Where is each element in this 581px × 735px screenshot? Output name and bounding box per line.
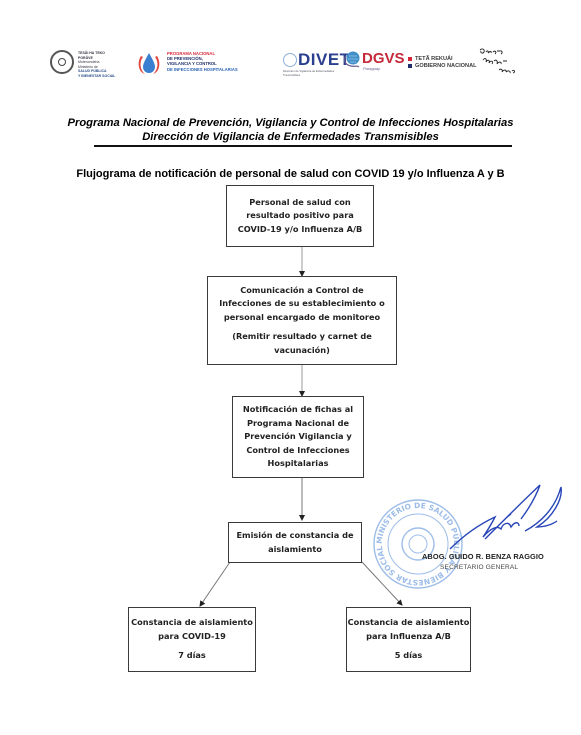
arrow-step4-to-covid xyxy=(200,562,230,606)
flow-step-text: Hospitalarias xyxy=(267,457,328,471)
flow-outcome-text: Constancia de aislamiento xyxy=(348,616,470,630)
flow-outcome-duration: 5 días xyxy=(395,649,423,663)
flow-step-communication: Comunicación a Control de Infecciones de… xyxy=(207,276,397,365)
signatory-title: SECRETARIO GENERAL xyxy=(440,564,518,571)
flow-step-text: resultado positivo para xyxy=(246,209,354,223)
flow-step-text: aislamiento xyxy=(268,543,322,557)
flow-step-positive-result: Personal de salud con resultado positivo… xyxy=(226,185,374,247)
flow-step-text: Comunicación a Control de xyxy=(240,284,363,298)
flow-step-text: COVID-19 y/o Influenza A/B xyxy=(238,223,362,237)
flow-step-text: Emisión de constancia de xyxy=(236,529,353,543)
handwritten-signature xyxy=(445,479,565,554)
flow-step-note: vacunación) xyxy=(274,344,330,358)
flow-outcome-covid: Constancia de aislamiento para COVID-19 … xyxy=(128,607,256,672)
flow-outcome-text: Constancia de aislamiento xyxy=(131,616,253,630)
flow-outcome-duration: 7 días xyxy=(178,649,206,663)
flow-step-text: Programa Nacional de xyxy=(247,417,349,431)
flow-step-text: Infecciones de su establecimiento o xyxy=(219,297,385,311)
flow-step-text: personal encargado de monitoreo xyxy=(224,311,380,325)
flow-outcome-text: para COVID-19 xyxy=(158,630,226,644)
flowchart-connectors xyxy=(0,0,581,735)
flow-step-text: Control de Infecciones xyxy=(246,444,349,458)
flow-step-notification: Notificación de fichas al Programa Nacio… xyxy=(232,396,364,478)
flow-step-note: (Remitir resultado y carnet de xyxy=(232,330,372,344)
signatory-name: ABOG. GUIDO R. BENZA RAGGIO xyxy=(422,552,544,561)
flow-outcome-text: para Influenza A/B xyxy=(366,630,451,644)
flow-step-text: Prevención Vigilancia y xyxy=(244,430,351,444)
flow-outcome-influenza: Constancia de aislamiento para Influenza… xyxy=(346,607,471,672)
flow-step-text: Personal de salud con xyxy=(249,196,350,210)
flow-step-isolation-certificate: Emisión de constancia de aislamiento xyxy=(228,522,362,563)
flow-step-text: Notificación de fichas al xyxy=(243,403,353,417)
